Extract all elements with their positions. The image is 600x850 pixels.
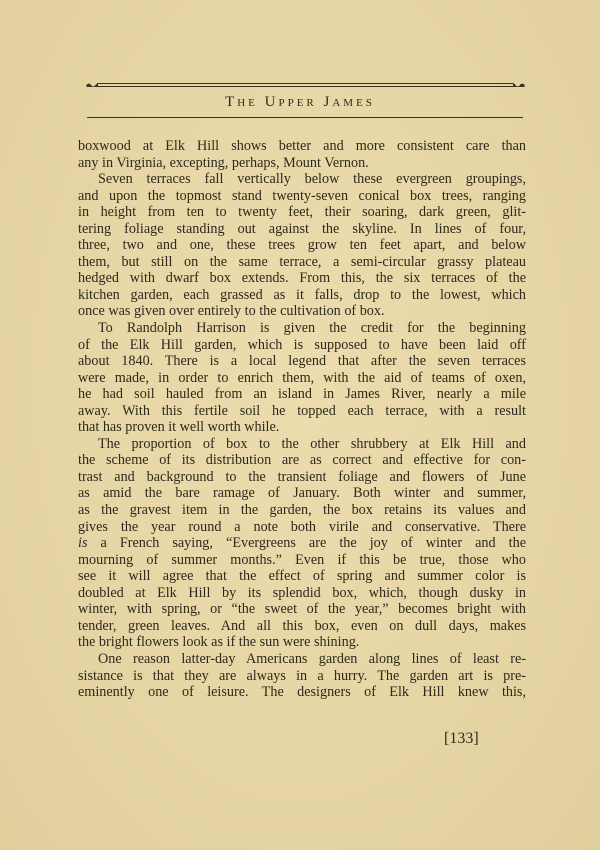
text-line: the scheme of its distribution are as co… [78,452,526,469]
book-page: The Upper James boxwood at Elk Hill show… [0,0,600,850]
text-line: in height from ten to twenty feet, their… [78,204,526,221]
text-line: mourning of summer months.” Even if this… [78,552,526,569]
rule-line-lower [97,86,514,87]
text-line: and upon the topmost stand twenty-seven … [78,188,526,205]
text-line: trast and background to the transient fo… [78,469,526,486]
text-line: see it will agree that the effect of spr… [78,568,526,585]
ornamental-top-rule [85,82,526,88]
body-text: boxwood at Elk Hill shows better and mor… [78,138,526,701]
text-line: is a French saying, “Evergreens are the … [78,535,526,552]
text-line: the bright flowers look as if the sun we… [78,634,526,651]
text-line: that has proven it well worth while. [78,419,526,436]
text-line: as the gravest item in the garden, the b… [78,502,526,519]
right-scroll-ornament-icon [512,82,526,88]
header-rule [87,117,523,118]
rule-line-upper [97,83,514,84]
italic-emphasis: is [78,535,87,551]
text-line: tender, green leaves. And all this box, … [78,618,526,635]
text-line: about 1840. There is a local legend that… [78,353,526,370]
text-line: away. With this fertile soil he topped e… [78,403,526,420]
text-line: were made, in order to enrich them, with… [78,370,526,387]
page-number: [133] [444,730,479,748]
text-line: of the Elk Hill garden, which is suppose… [78,337,526,354]
text-line: any in Virginia, excepting, perhaps, Mou… [78,155,526,172]
text-line: One reason latter-day Americans garden a… [78,651,526,668]
text-line: The proportion of box to the other shrub… [78,436,526,453]
text-line: hedged with dwarf box extends. From this… [78,270,526,287]
running-head: The Upper James [0,94,600,111]
text-line: tering foliage standing out against the … [78,221,526,238]
text-line: once was given over entirely to the cult… [78,303,526,320]
text-line: kitchen garden, each grassed as it falls… [78,287,526,304]
text-line: three, two and one, these trees grow ten… [78,237,526,254]
text-line: eminently one of leisure. The designers … [78,684,526,701]
text-line: he had soil hauled from an island in Jam… [78,386,526,403]
text-line: them, but still on the same terrace, a s… [78,254,526,271]
text-line: Seven terraces fall vertically below the… [78,171,526,188]
text-line: as amid the bare ramage of January. Both… [78,485,526,502]
text-line: doubled at Elk Hill by its splendid box,… [78,585,526,602]
text-line: gives the year round a note both virile … [78,519,526,536]
text-line: To Randolph Harrison is given the credit… [78,320,526,337]
text-line: winter, with spring, or “the sweet of th… [78,601,526,618]
text-line: boxwood at Elk Hill shows better and mor… [78,138,526,155]
text-line: sistance is that they are always in a hu… [78,668,526,685]
